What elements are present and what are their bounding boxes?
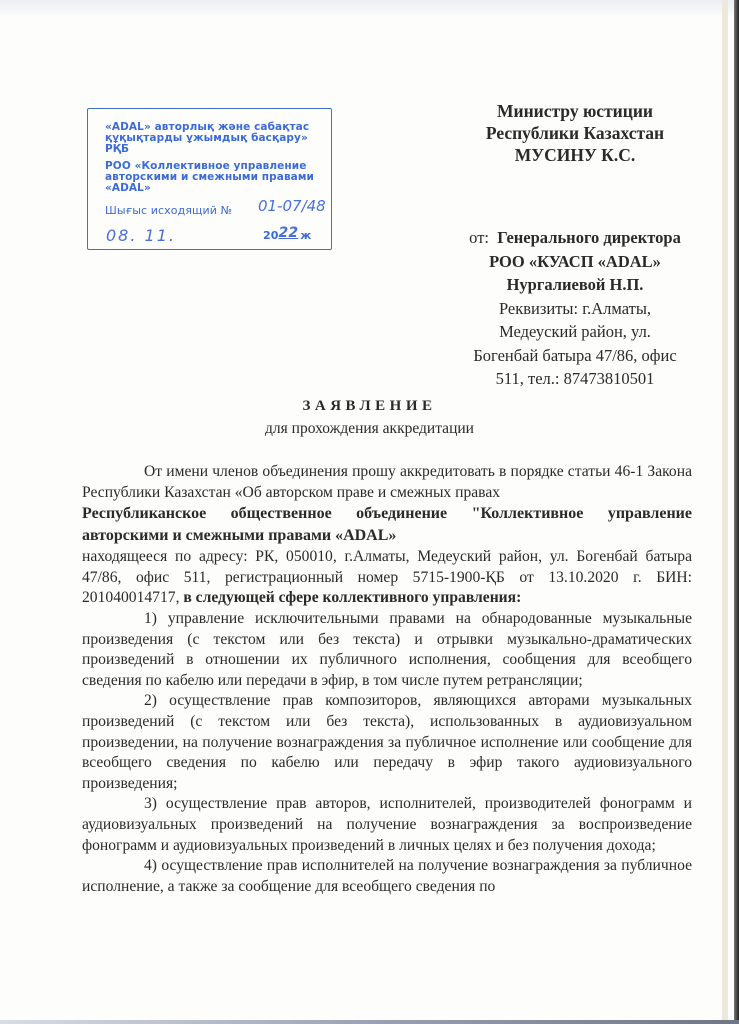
stamp-org-kz-line3: РҚБ xyxy=(105,144,129,155)
stamp-outgoing-number: 01-07/48 xyxy=(258,197,326,215)
stamp-year-suffix: 22 xyxy=(279,225,299,241)
sender-org: РОО «КУАСП «ADAL» xyxy=(440,250,710,274)
document-page: «ADAL» авторлық және сабақтас құқықтарды… xyxy=(0,0,739,1024)
stamp-year-prefix: 20 xyxy=(263,229,279,242)
addressee-block: Министру юстиции Республики Казахстан МУ… xyxy=(440,100,710,166)
stamp-year-marker: ж xyxy=(300,229,311,242)
stamp-org-ru-line3: «ADAL» xyxy=(105,183,151,194)
list-item-4: 4) осуществление прав исполнителей на по… xyxy=(82,856,692,897)
list-item-2: 2) осуществление прав композиторов, явля… xyxy=(82,691,692,794)
sender-details-1: Реквизиты: г.Алматы, xyxy=(440,297,710,321)
sender-block: от: Генерального директора РОО «КУАСП «A… xyxy=(440,226,710,391)
outgoing-stamp: «ADAL» авторлық және сабақтас құқықтарды… xyxy=(87,108,332,250)
addressee-line2: Республики Казахстан xyxy=(440,122,710,144)
intro-paragraph: От имени членов объединения прошу аккред… xyxy=(82,462,692,503)
stamp-outgoing-label: Шығыс исходящий № xyxy=(105,205,232,216)
addressee-line1: Министру юстиции xyxy=(440,100,710,122)
sender-from-prefix: от: xyxy=(469,228,489,247)
sender-details-2: Медеуский район, ул. xyxy=(440,320,710,344)
document-subtitle: для прохождения аккредитации xyxy=(0,420,739,438)
address-paragraph: находящееся по адресу: РК, 050010, г.Алм… xyxy=(82,547,692,609)
stamp-org-kz-line2: құқықтарды ұжымдық басқару» xyxy=(105,133,308,144)
sender-details-4: 511, тел.: 87473810501 xyxy=(440,367,710,391)
scan-top-shadow xyxy=(0,0,739,18)
list-item-3: 3) осуществление прав авторов, исполните… xyxy=(82,794,692,856)
stamp-date: 08. 11. xyxy=(106,226,176,245)
list-item-1: 1) управление исключительными правами на… xyxy=(82,609,692,691)
addressee-line3: МУСИНУ К.С. xyxy=(440,144,710,166)
scan-bottom-border xyxy=(0,1020,739,1024)
organization-name: Республиканское общественное объединение… xyxy=(82,503,692,547)
scan-right-border xyxy=(734,0,739,1024)
document-body: От имени членов объединения прошу аккред… xyxy=(82,462,692,897)
scan-right-edge xyxy=(722,0,728,1024)
document-title: ЗАЯВЛЕНИЕ xyxy=(0,398,739,415)
sphere-heading: в следующей сфере коллективного управлен… xyxy=(183,589,521,606)
sender-position: Генерального директора xyxy=(497,228,681,247)
sender-details-3: Богенбай батыра 47/86, офис xyxy=(440,344,710,368)
sender-name: Нургалиевой Н.П. xyxy=(440,273,710,297)
